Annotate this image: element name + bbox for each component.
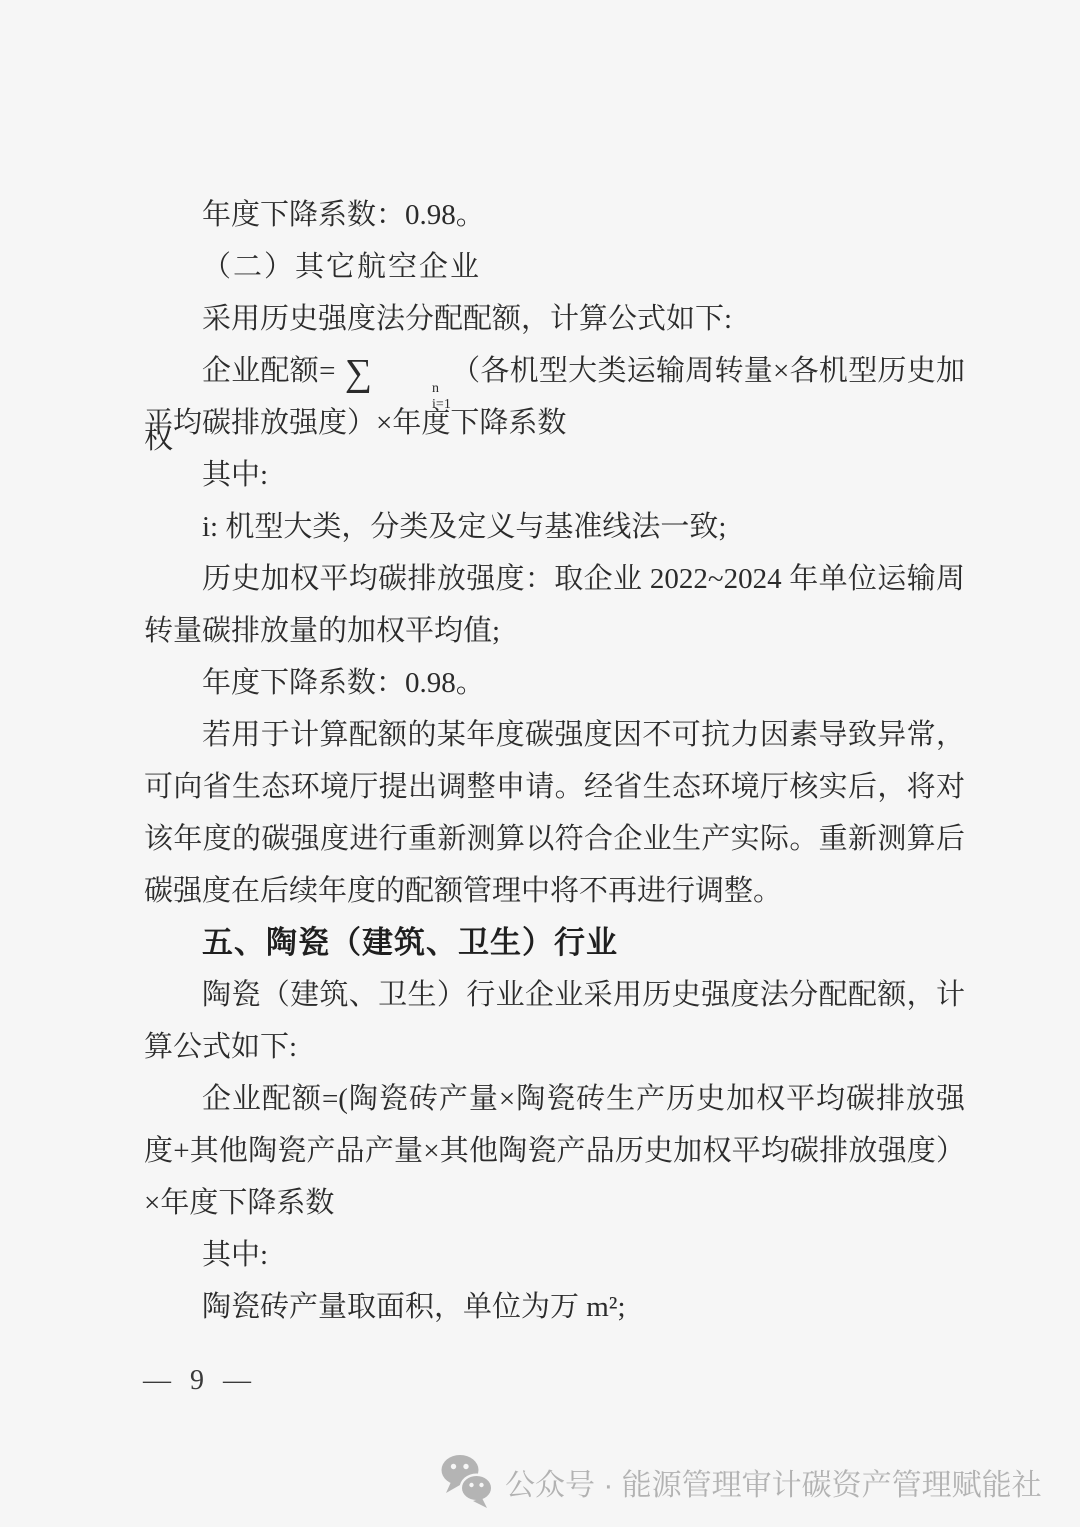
formula-line-aviation-quota: 企业配额= ∑ni=1（各机型大类运输周转量×各机型历史加权 — [144, 345, 965, 397]
body-line: 转量碳排放量的加权平均值; — [144, 605, 965, 657]
sigma-glyph: ∑ — [343, 352, 374, 394]
body-line: 陶瓷砖产量取面积，单位为万 m²; — [144, 1281, 965, 1333]
formula-line-ceramics-quota: 企业配额=(陶瓷砖产量×陶瓷砖生产历史加权平均碳排放强 — [144, 1073, 965, 1125]
body-line: 历史加权平均碳排放强度：取企业 2022~2024 年单位运输周 — [144, 553, 965, 605]
body-line: 碳强度在后续年度的配额管理中将不再进行调整。 — [144, 865, 965, 917]
page-number: — 9 — — [143, 1355, 257, 1407]
formula-line-ceramics-quota-end: ×年度下降系数 — [144, 1177, 965, 1229]
body-line: 该年度的碳强度进行重新测算以符合企业生产实际。重新测算后 — [144, 813, 965, 865]
summation-symbol: ∑ni=1 — [343, 355, 451, 387]
document-page: 年度下降系数：0.98。 （二）其它航空企业 采用历史强度法分配配额，计算公式如… — [0, 0, 1080, 1527]
body-line: 年度下降系数：0.98。 — [144, 657, 965, 709]
body-line: 其中: — [144, 1229, 965, 1281]
body-line: 平均碳排放强度）×年度下降系数 — [144, 397, 965, 449]
watermark-text: 公众号 · 能源管理审计碳资产管理赋能社 — [505, 1460, 1042, 1504]
formula-line-ceramics-quota-cont: 度+其他陶瓷产品产量×其他陶瓷产品历史加权平均碳排放强度） — [144, 1125, 965, 1177]
body-line: 采用历史强度法分配配额，计算公式如下: — [144, 293, 965, 345]
body-line: 可向省生态环境厅提出调整申请。经省生态环境厅核实后，将对 — [144, 761, 965, 813]
body-line: 算公式如下: — [144, 1021, 965, 1073]
wechat-icon — [441, 1454, 493, 1510]
section-subheading-other-aviation: （二）其它航空企业 — [144, 241, 965, 293]
section-heading-ceramics: 五、陶瓷（建筑、卫生）行业 — [144, 917, 965, 969]
body-line: 其中: — [144, 449, 965, 501]
document-body: 年度下降系数：0.98。 （二）其它航空企业 采用历史强度法分配配额，计算公式如… — [144, 189, 965, 1333]
summation-upper-limit: n — [374, 381, 451, 397]
body-line: 年度下降系数：0.98。 — [144, 189, 965, 241]
watermark: 公众号 · 能源管理审计碳资产管理赋能社 — [441, 1452, 1042, 1512]
body-line: 若用于计算配额的某年度碳强度因不可抗力因素导致异常， — [144, 709, 965, 761]
formula-lhs: 企业配额= — [202, 355, 343, 387]
body-line: i: 机型大类，分类及定义与基准线法一致; — [144, 501, 965, 553]
body-line: 陶瓷（建筑、卫生）行业企业采用历史强度法分配配额，计 — [144, 969, 965, 1021]
